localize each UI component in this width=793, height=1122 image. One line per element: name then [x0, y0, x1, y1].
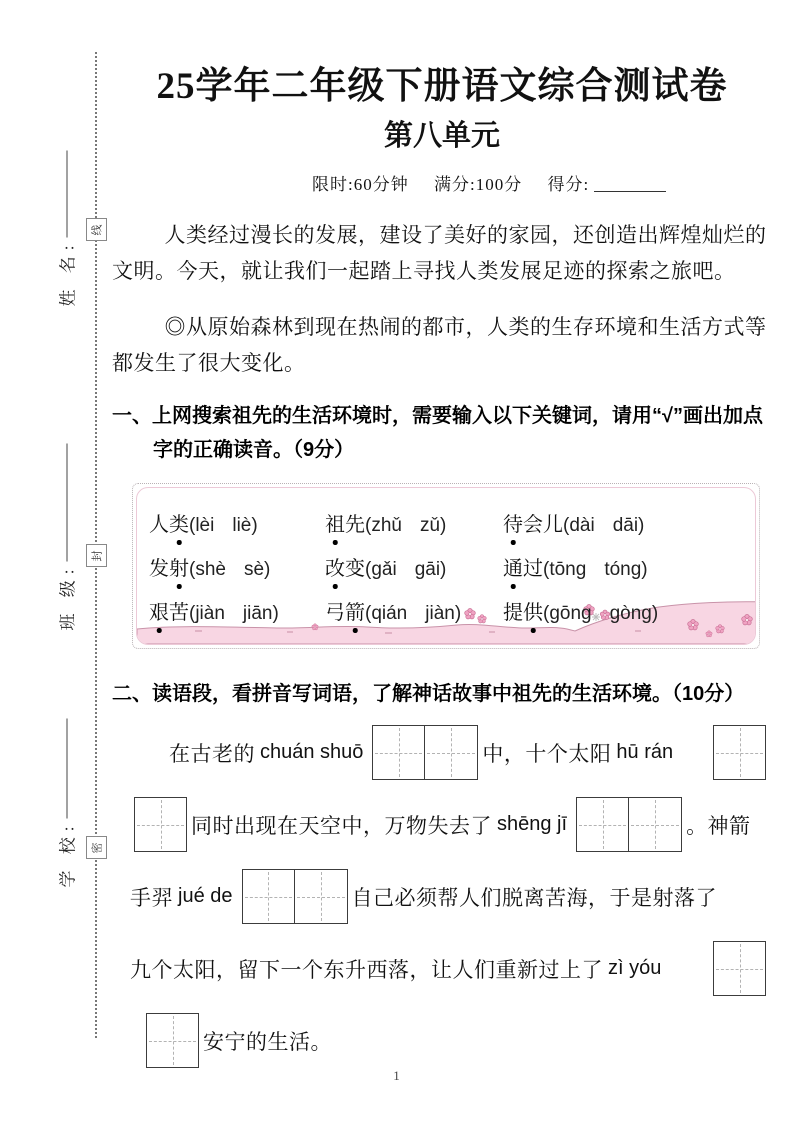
exam-meta: 限时:60分钟 满分:100分 得分: [312, 170, 772, 195]
character: 儿 [543, 508, 563, 537]
pinyin-option[interactable]: qián [371, 603, 407, 625]
grid-cell[interactable] [146, 1013, 199, 1068]
character: 人 [149, 508, 169, 537]
pinyin-option[interactable]: gāi [415, 559, 440, 581]
character: 提 [503, 596, 523, 625]
section1-heading: 一、上网搜索祖先的生活环境时，需要输入以下关键词，请用“√”画出加点字的正确读音… [112, 399, 772, 467]
section2-heading: 二、读语段，看拼音写词语，了解神话故事中祖先的生活环境。（10分） [112, 677, 772, 711]
seal-char: 封 [89, 550, 105, 561]
pinyin-options: (lèiliè) [189, 515, 258, 536]
exam-page: 姓 名: 班 级: 学 校: 线封密 25学年二年级下册语文综合测试卷 第八单元… [0, 0, 793, 1122]
keyword: 发射 [149, 558, 189, 580]
pinyin-options: (qiánjiàn) [365, 603, 461, 624]
grid-cell[interactable] [713, 941, 766, 996]
passage-line: 安宁的生活。 [112, 1005, 772, 1077]
pinyin-options: (gǎigāi) [365, 559, 446, 580]
grid-cell[interactable] [713, 725, 766, 780]
name-field: 姓 名: [54, 151, 79, 307]
pinyin-options: (dàidāi) [563, 515, 644, 536]
writing-grid[interactable] [134, 797, 187, 852]
main-column: 25学年二年级下册语文综合测试卷 第八单元 限时:60分钟 满分:100分 得分… [112, 0, 772, 1077]
character: 会 [523, 508, 543, 537]
school-label: 学 校: [54, 821, 79, 888]
dotted-character: 供 [523, 596, 543, 625]
character: 过 [523, 552, 543, 581]
writing-grid[interactable] [146, 1013, 199, 1068]
seal-char: 密 [89, 842, 105, 853]
passage-text: 安宁的生活。 [203, 1026, 332, 1056]
passage: 在古老的chuán shuō中，十个太阳hū rán同时出现在天空中，万物失去了… [112, 717, 772, 1077]
pinyin-option[interactable]: tōng [549, 559, 586, 581]
dotted-character: 箭 [345, 596, 365, 625]
paren-close: ) [272, 603, 278, 624]
pinyin-option[interactable]: sè [244, 559, 264, 581]
character: 变 [345, 552, 365, 581]
writing-grid[interactable] [242, 869, 348, 924]
grid-cell[interactable] [629, 797, 682, 852]
choice-item: 待会儿(dàidāi) [503, 508, 755, 537]
keyword: 待会儿 [503, 514, 563, 536]
unit-subtitle: 第八单元 [112, 113, 772, 154]
pinyin-option[interactable]: liè [232, 515, 251, 537]
choice-item: 弓箭(qiánjiàn) [325, 596, 503, 625]
section1-choice-box: 人类(lèiliè)祖先(zhǔzǔ)待会儿(dàidāi)发射(shèsè)改… [132, 483, 760, 649]
pinyin-hint: zì yóu [608, 957, 661, 980]
pinyin-options: (zhǔzǔ) [365, 515, 446, 536]
choice-item: 人类(lèiliè) [149, 508, 325, 537]
keyword: 祖先 [325, 514, 365, 536]
paren-close: ) [638, 515, 644, 536]
pinyin-option[interactable]: jiān [243, 603, 273, 625]
passage-text: 中，十个太阳 [482, 738, 611, 768]
choice-item: 祖先(zhǔzǔ) [325, 508, 503, 537]
dotted-character: 待 [503, 508, 523, 537]
pinyin-options: (gōnggòng) [543, 603, 658, 624]
pinyin-option[interactable]: dāi [613, 515, 638, 537]
dotted-character: 改 [325, 552, 345, 581]
pinyin-hint: shēng jī [497, 813, 567, 836]
passage-line: 九个太阳，留下一个东升西落，让人们重新过上了zì yóu [112, 933, 772, 1005]
class-label: 班 级: [54, 564, 79, 631]
pinyin-options: (jiànjiān) [189, 603, 279, 624]
name-label: 姓 名: [54, 240, 79, 307]
keyword: 人类 [149, 514, 189, 536]
grid-cell[interactable] [372, 725, 425, 780]
choice-item: 艰苦(jiànjiān) [149, 596, 325, 625]
character: 弓 [325, 596, 345, 625]
pinyin-option[interactable]: dài [569, 515, 594, 537]
time-limit: 限时:60分钟 [312, 175, 409, 194]
pinyin-option[interactable]: gǎi [371, 559, 396, 581]
pinyin-option[interactable]: lèi [195, 515, 214, 537]
dotted-character: 类 [169, 508, 189, 537]
pinyin-option[interactable]: gòng [610, 603, 652, 625]
choice-box-inner: 人类(lèiliè)祖先(zhǔzǔ)待会儿(dàidāi)发射(shèsè)改… [136, 487, 756, 645]
choice-item: 改变(gǎigāi) [325, 552, 503, 581]
passage-text: 在古老的 [169, 738, 255, 768]
school-blank[interactable] [65, 719, 67, 819]
intro-paragraph: 人类经过漫长的发展，建设了美好的家园，还创造出辉煌灿烂的文明。今天，就让我们一起… [112, 217, 772, 289]
pinyin-option[interactable]: tóng [604, 559, 641, 581]
seal-char-box: 线 [86, 218, 107, 241]
passage-text: 九个太阳，留下一个东升西落，让人们重新过上了 [130, 954, 603, 984]
writing-grid[interactable] [713, 941, 766, 996]
paren-close: ) [251, 515, 257, 536]
grid-cell[interactable] [295, 869, 348, 924]
pinyin-hint: hū rán [616, 741, 673, 764]
name-blank[interactable] [65, 151, 67, 238]
choice-item: 通过(tōngtóng) [503, 552, 755, 581]
pinyin-options: (tōngtóng) [543, 559, 648, 580]
keyword: 通过 [503, 558, 543, 580]
choice-item: 发射(shèsè) [149, 552, 325, 581]
score-blank[interactable] [594, 189, 666, 192]
passage-line: 手羿jué de自己必须帮人们脱离苦海，于是射落了 [112, 861, 772, 933]
passage-text: 自己必须帮人们脱离苦海，于是射落了 [352, 882, 718, 912]
passage-text: 手羿 [130, 882, 173, 912]
page-number: 1 [0, 1068, 793, 1084]
pinyin-options: (shèsè) [189, 559, 270, 580]
pinyin-option[interactable]: gōng [549, 603, 591, 625]
dotted-character: 通 [503, 552, 523, 581]
character: 先 [345, 508, 365, 537]
grid-cell[interactable] [134, 797, 187, 852]
pinyin-hint: chuán shuō [260, 741, 363, 764]
pinyin-option[interactable]: zhǔ [371, 515, 402, 537]
class-field: 班 级: [54, 439, 79, 631]
paren-close: ) [440, 559, 446, 580]
character: 苦 [169, 596, 189, 625]
paren-close: ) [440, 515, 446, 536]
passage-line: 在古老的chuán shuō中，十个太阳hū rán [112, 717, 772, 789]
pinyin-option[interactable]: jiàn [195, 603, 225, 625]
context-paragraph: ◎从原始森林到现在热闹的都市，人类的生存环境和生活方式等都发生了很大变化。 [112, 309, 772, 381]
pinyin-option[interactable]: shè [195, 559, 226, 581]
writing-grid[interactable] [713, 725, 766, 780]
paren-close: ) [641, 559, 647, 580]
school-field: 学 校: [54, 716, 79, 888]
paren-close: ) [652, 603, 658, 624]
keyword: 改变 [325, 558, 365, 580]
class-blank[interactable] [65, 444, 67, 562]
seal-char-box: 封 [86, 544, 107, 567]
passage-line: 同时出现在天空中，万物失去了shēng jī。神箭 [112, 789, 772, 861]
pinyin-option[interactable]: jiàn [425, 603, 455, 625]
dotted-character: 艰 [149, 596, 169, 625]
seal-char: 线 [89, 224, 105, 235]
choice-item: 提供(gōnggòng) [503, 596, 755, 625]
keyword: 艰苦 [149, 602, 189, 624]
score-label: 得分: [547, 175, 589, 194]
page-title: 25学年二年级下册语文综合测试卷 [112, 66, 772, 109]
writing-grid[interactable] [576, 797, 682, 852]
paren-close: ) [264, 559, 270, 580]
grid-cell[interactable] [242, 869, 295, 924]
keyword: 提供 [503, 602, 543, 624]
grid-cell[interactable] [576, 797, 629, 852]
seal-char-box: 密 [86, 836, 107, 859]
grid-cell[interactable] [425, 725, 478, 780]
passage-text: 同时出现在天空中，万物失去了 [191, 810, 492, 840]
writing-grid[interactable] [372, 725, 478, 780]
character: 发 [149, 552, 169, 581]
pinyin-hint: jué de [178, 885, 233, 908]
paren-close: ) [455, 603, 461, 624]
keyword: 弓箭 [325, 602, 365, 624]
pinyin-option[interactable]: zǔ [420, 515, 440, 537]
dotted-character: 祖 [325, 508, 345, 537]
dotted-character: 射 [169, 552, 189, 581]
passage-text: 。神箭 [686, 810, 751, 840]
full-score: 满分:100分 [434, 175, 522, 194]
